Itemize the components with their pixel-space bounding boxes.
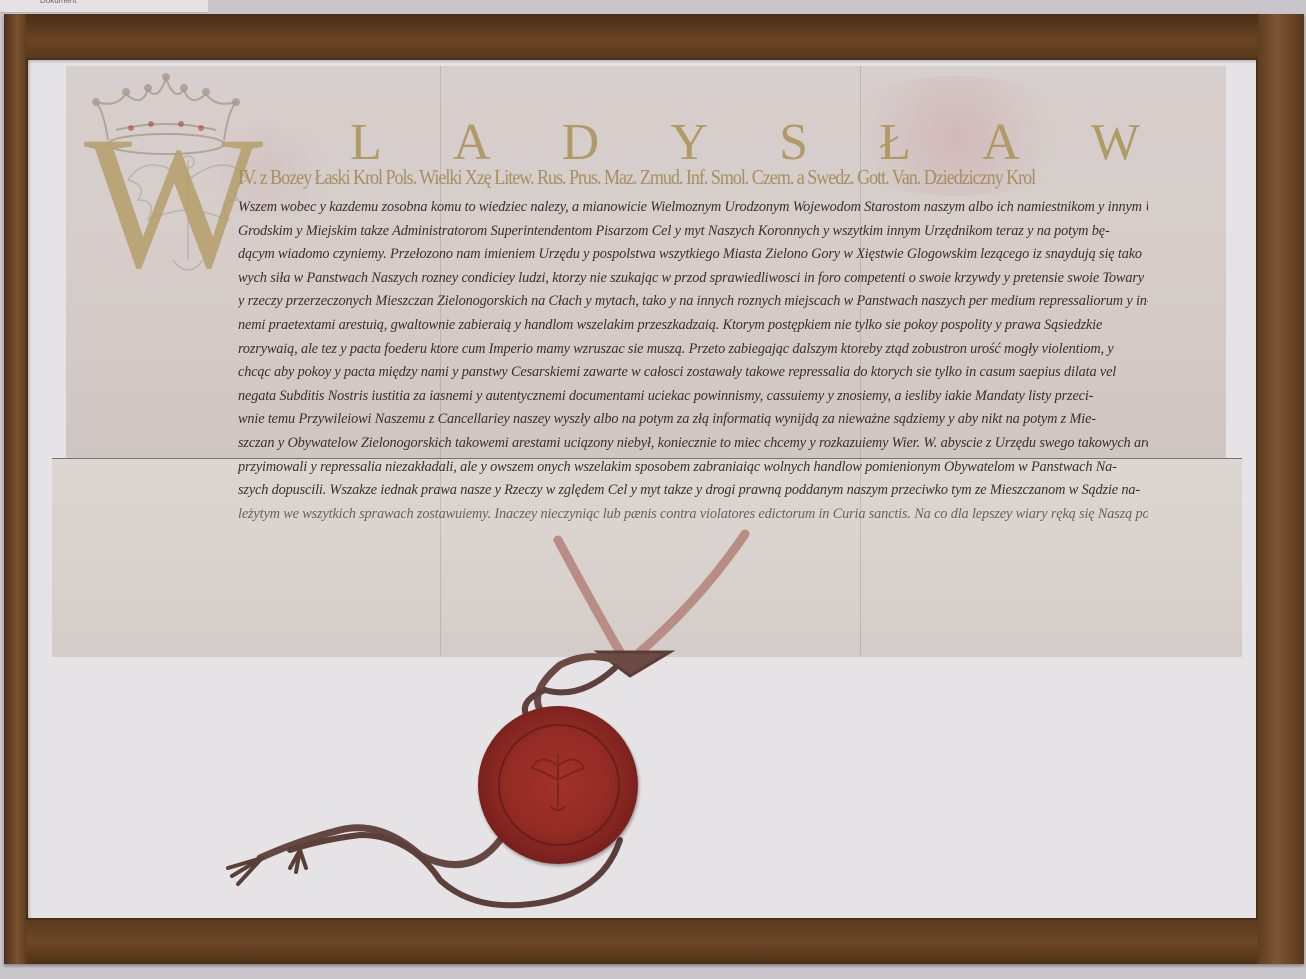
seal-cord-icon — [0, 0, 1306, 979]
seal-eagle-icon — [528, 746, 588, 816]
red-wax-seal — [478, 706, 638, 864]
